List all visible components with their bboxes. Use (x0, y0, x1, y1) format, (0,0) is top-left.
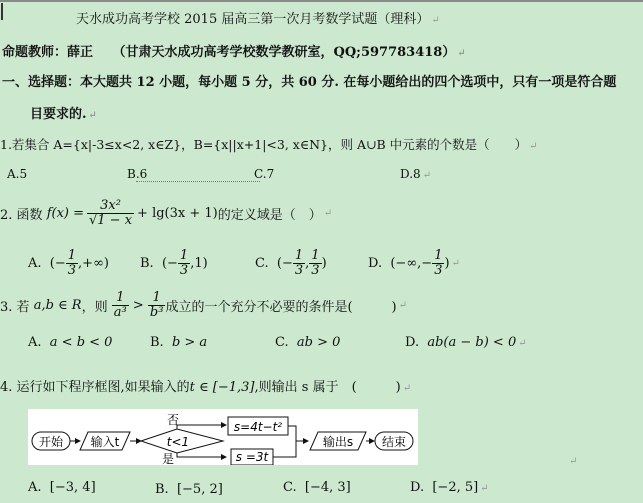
flow-yes-label: 是 (162, 452, 174, 465)
q2-option-c: C. (−13,13) (255, 245, 327, 281)
exam-title: 天水成功高考学校 2015 届高三第一次月考数学试题（理科）↵ (76, 8, 440, 27)
question-3-stem: 3. 若 a,b ∈ R，则 1a³ > 1b³ 成立的一个充分不必要的条件是(… (0, 285, 407, 325)
question-2-stem: 2. 函数 f(x) = 3x²√1 − x + lg(3x + 1) 的定义域… (0, 193, 332, 233)
page-top-border (0, 0, 643, 2)
q2-option-b: B. (−13,1) (140, 245, 208, 281)
q4-option-c: C. [−4, 3] (283, 480, 351, 495)
flowchart: 开始 输入t t<1 否 是 s=4t−t² s =3t 输出s 结束 (28, 409, 418, 465)
question-1-stem: 1.若集合 A={x|-3≤x<2, x∈Z}，B={x||x+1|<3, x∈… (0, 135, 538, 153)
q1-option-c: C.7 (254, 167, 274, 181)
paragraph-mark: ↵ (569, 456, 577, 467)
flow-box-yes: s =3t (236, 450, 270, 464)
q3-option-b: B. b > a (150, 335, 207, 350)
question-4-stem: 4. 运行如下程序框图,如果输入的t ∈ [−1,3],则输出 s 属于 ( )… (0, 376, 411, 395)
flow-start: 开始 (39, 434, 64, 449)
flow-output: 输出s (323, 434, 353, 449)
q1-option-b: B.6 (127, 167, 147, 181)
flow-decision: t<1 (167, 435, 189, 449)
q1-option-d: D.8↵ (400, 167, 431, 181)
q1-option-a: A.5 (7, 167, 27, 181)
teacher-line: 命题教师：薛正 （甘肃天水成功高考学校数学教研室，QQ;597783418）↵ (2, 41, 466, 60)
section-instructions-cont: 目要求的.↵ (30, 103, 97, 122)
q2-option-d: D. (−∞,−13)↵ (368, 245, 460, 281)
q4-option-a: A. [−3, 4] (28, 480, 96, 495)
flow-box-no: s=4t−t² (234, 420, 282, 434)
q3-option-a: A. a < b < 0 (28, 335, 112, 350)
q3-option-d: D. ab(a − b) < 0↵ (405, 335, 527, 350)
text-cursor (1, 3, 3, 20)
dotted-underline (136, 181, 260, 182)
section-instructions: 一、选择题：本大题共 12 小题，每小题 5 分，共 60 分. 在每小题给出的… (2, 71, 616, 90)
q4-option-d: D. [−2, 5]↵ (410, 480, 489, 495)
flow-input: 输入t (91, 434, 120, 449)
flow-end: 结束 (382, 434, 406, 449)
q2-option-a: A. (−13,+∞) (28, 245, 109, 281)
q4-option-b: B. [−5, 2] (155, 482, 223, 497)
q3-option-c: C. ab > 0 (275, 335, 340, 350)
